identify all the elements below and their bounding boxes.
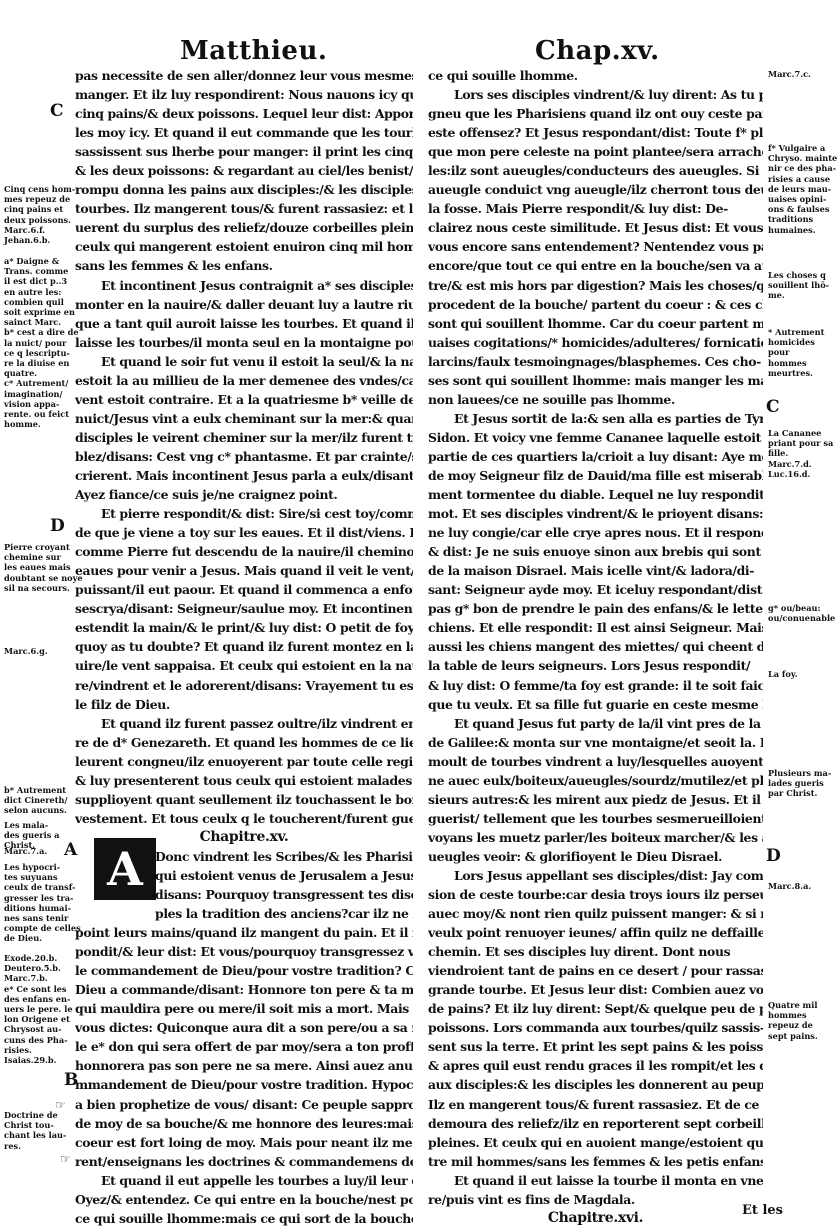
- margin-note: f* Vulgaire a Chryso. mainte nir ce des …: [768, 143, 837, 235]
- text-line: & dist: Je ne suis enuoye sinon aux breb…: [428, 542, 763, 561]
- text-line: comme Pierre fut descendu de la nauire/i…: [75, 542, 413, 561]
- text-line: pas necessite de sen aller/donnez leur v…: [75, 66, 413, 85]
- text-line: Et pierre respondit/& dist: Sire/si cest…: [75, 504, 413, 523]
- text-line: poissons. Lors commanda aux tourbes/quil…: [428, 1018, 763, 1037]
- text-line: sant: Seigneur ayde moy. Et iceluy respo…: [428, 580, 763, 599]
- right-text-column: ce qui souille lhomme.Lors ses disciples…: [428, 66, 763, 1228]
- margin-note: Exode.20.b. Deutero.5.b. Marc.7.b. e* Ce…: [4, 953, 73, 1065]
- text-line: demoura des reliefz/ilz en reporterent s…: [428, 1114, 763, 1133]
- text-line: Et quand ilz furent passez oultre/ilz vi…: [75, 714, 413, 733]
- margin-note: Quatre mil hommes repeuz de sept pains.: [768, 1000, 839, 1041]
- book-page: Matthieu. Chap.xv. pas necessite de sen …: [0, 0, 839, 1229]
- text-line: re de d* Genezareth. Et quand les hommes…: [75, 733, 413, 752]
- text-line: manger. Et ilz luy respondirent: Nous na…: [75, 85, 413, 104]
- text-line: le e* don qui sera offert de par moy/ser…: [75, 1037, 413, 1056]
- text-line: mot. Et ses disciples vindrent/& le prio…: [428, 504, 763, 523]
- text-line: pondit/& leur dist: Et vous/pourquoy tra…: [75, 942, 413, 961]
- text-line: tre mil hommes/sans les femmes & les pet…: [428, 1152, 763, 1171]
- text-line: & luy dist: O femme/ta foy est grande: i…: [428, 676, 763, 695]
- text-line: viendroient tant de pains en ce desert /…: [428, 961, 763, 980]
- running-head-right: Chap.xv.: [535, 36, 660, 66]
- text-line: chemin. Et ses disciples luy dirent. Don…: [428, 942, 763, 961]
- text-line: estoit la au millieu de la mer demenee d…: [75, 371, 413, 390]
- text-line: ment tormentee du diable. Lequel ne luy …: [428, 485, 763, 504]
- text-line: aueugle conduict vng aueugle/ilz cherron…: [428, 180, 763, 199]
- text-line: gneu que les Pharisiens quand ilz ont ou…: [428, 104, 763, 123]
- text-line: aux disciples:& les disciples les donner…: [428, 1075, 763, 1094]
- text-line: la table de leurs seigneurs. Lors Jesus …: [428, 656, 763, 675]
- text-line: ses sont qui souillent lhomme: mais mang…: [428, 371, 763, 390]
- text-line: veulx point renuoyer ieunes/ affin quilz…: [428, 923, 763, 942]
- text-line: ce qui souille lhomme:mais ce qui sort d…: [75, 1209, 413, 1228]
- text-line: de pains? Et ilz luy dirent: Sept/& quel…: [428, 999, 763, 1018]
- text-line: Lors ses disciples vindrent/& luy dirent…: [428, 85, 763, 104]
- margin-note: * Autrement homicides pour hommes meurtr…: [768, 327, 839, 378]
- text-line: procedent de la bouche/ partent du coeur…: [428, 295, 763, 314]
- text-line: este offensez? Et Jesus respondant/dist:…: [428, 123, 763, 142]
- text-line: & apres quil eust rendu graces il les ro…: [428, 1056, 763, 1075]
- text-line: partie de ces quartiers la/crioit a luy …: [428, 447, 763, 466]
- text-line: disciples le veirent cheminer sur la mer…: [75, 428, 413, 447]
- margin-note: g* ou/beau: ou/conuenable: [768, 603, 835, 623]
- text-line: de moy Seigneur filz de Dauid/ma fille e…: [428, 466, 763, 485]
- text-line: que mon pere celeste na point plantee/se…: [428, 142, 763, 161]
- text-line: laisse les tourbes/il monta seul en la m…: [75, 333, 413, 352]
- text-line: auec moy/& nont rien quilz puissent mang…: [428, 904, 763, 923]
- margin-note: Les hypocri- tes suyuans ceulx de transf…: [4, 862, 81, 944]
- text-line: de moy de sa bouche/& me honnore des leu…: [75, 1114, 413, 1133]
- text-line: chiens. Et elle respondit: Il est ainsi …: [428, 618, 763, 637]
- text-line: sion de ceste tourbe:car desia troys iou…: [428, 885, 763, 904]
- margin-note: Cinq cens hom- mes repeuz de cinq pains …: [4, 184, 75, 245]
- text-line: Ilz en mangerent tous/& furent rassasiez…: [428, 1095, 763, 1114]
- text-line: Et Jesus sortit de la:& sen alla es part…: [428, 409, 763, 428]
- section-marker-letter: C: [50, 101, 64, 121]
- text-line: uire/le vent sappaisa. Et ceulx qui esto…: [75, 656, 413, 675]
- text-line: ueugles veoir: & glorifioyent le Dieu Di…: [428, 847, 763, 866]
- text-line: & les deux poissons: & regardant au ciel…: [75, 161, 413, 180]
- text-line: puissant/il eut paour. Et quand il comme…: [75, 580, 413, 599]
- text-line: re/puis vint es fins de Magdala.: [428, 1190, 763, 1209]
- text-line: sassissent sus lherbe pour manger: il pr…: [75, 142, 413, 161]
- text-line: uaises cogitations/* homicides/adulteres…: [428, 333, 763, 352]
- text-line: Et quand il eut laisse la tourbe il mont…: [428, 1171, 763, 1190]
- running-head-left: Matthieu.: [180, 36, 327, 66]
- text-line: tre/& est mis hors par digestion? Mais l…: [428, 276, 763, 295]
- text-line: ne auec eulx/boiteux/aueugles/sourdz/mut…: [428, 771, 763, 790]
- text-line: non lauees/ce ne souille pas lhomme.: [428, 390, 763, 409]
- text-line: sans les femmes & les enfans.: [75, 256, 413, 275]
- text-line: tourbes. Ilz mangerent tous/& furent ras…: [75, 199, 413, 218]
- margin-note: b* Autrement dict Cinereth/ selon aucuns…: [4, 785, 68, 816]
- text-line: Et incontinent Jesus contraignit a* ses …: [75, 276, 413, 295]
- margin-note: Doctrine de Christ tou- chant les lau- r…: [4, 1110, 66, 1151]
- text-line: pleines. Et ceulx qui en auoient mange/e…: [428, 1133, 763, 1152]
- text-line: crierent. Mais incontinent Jesus parla a…: [75, 466, 413, 485]
- text-line: sieurs autres:& les mirent aux piedz de …: [428, 790, 763, 809]
- text-line: point leurs mains/quand ilz mangent du p…: [75, 923, 413, 942]
- text-line: rent/enseignans les doctrines & commande…: [75, 1152, 413, 1171]
- margin-note: Pierre croyant chemine sur les eaues mai…: [4, 542, 83, 593]
- text-line: Dieu a commande/disant: Honnore ton pere…: [75, 980, 413, 999]
- text-line: qui mauldira pere ou mere/il soit mis a …: [75, 999, 413, 1018]
- text-line: moult de tourbes vindrent a luy/lesquell…: [428, 752, 763, 771]
- text-line: de la maison Disrael. Mais icelle vint/&…: [428, 561, 763, 580]
- text-line: Sidon. Et voicy vne femme Cananee laquel…: [428, 428, 763, 447]
- text-line: ce qui souille lhomme.: [428, 66, 763, 85]
- text-line: les:ilz sont aueugles/conducteurs des au…: [428, 161, 763, 180]
- text-line: guerist/ tellement que les tourbes sesme…: [428, 809, 763, 828]
- left-text-column: pas necessite de sen aller/donnez leur v…: [75, 66, 413, 1228]
- text-line: ne luy congie/car elle crye apres nous. …: [428, 523, 763, 542]
- text-line: Et quand le soir fut venu il estoit la s…: [75, 352, 413, 371]
- section-marker-letter: C: [766, 397, 780, 417]
- text-line: sent sus la terre. Et print les sept pai…: [428, 1037, 763, 1056]
- text-line: eaues pour venir a Jesus. Mais quand il …: [75, 561, 413, 580]
- text-line: que tu veulx. Et sa fille fut guarie en …: [428, 695, 763, 714]
- initial-letter-glyph: A: [107, 846, 143, 892]
- text-line: uerent du surplus des reliefz/douze corb…: [75, 218, 413, 237]
- text-line: sont qui souillent lhomme. Car du coeur …: [428, 314, 763, 333]
- margin-note: La Cananee priant pour sa fille. Marc.7.…: [768, 428, 833, 479]
- text-line: estendit la main/& le print/& luy dist: …: [75, 618, 413, 637]
- text-line: quoy as tu doubte? Et quand ilz furent m…: [75, 637, 413, 656]
- manicule-pointing-hand-icon: ☞: [60, 1152, 71, 1166]
- margin-note: Marc.6.g.: [4, 646, 48, 656]
- margin-note: a* Daigne & Trans. comme il est dict p..…: [4, 256, 79, 429]
- text-line: cinq pains/& deux poissons. Lequel leur …: [75, 104, 413, 123]
- text-line: ples la tradition des anciens?car ilz ne…: [75, 904, 413, 923]
- text-line: Oyez/& entendez. Ce qui entre en la bouc…: [75, 1190, 413, 1209]
- margin-note: Plusieurs ma- lades gueris par Christ.: [768, 768, 831, 799]
- text-line: vous dictes: Quiconque aura dit a son pe…: [75, 1018, 413, 1037]
- margin-note: Marc.7.a.: [4, 846, 47, 856]
- text-line: pas g* bon de prendre le pain des enfans…: [428, 599, 763, 618]
- margin-note: Marc.8.a.: [768, 881, 811, 891]
- text-line: sescrya/disant: Seigneur/saulue moy. Et …: [75, 599, 413, 618]
- section-marker-letter: B: [64, 1070, 78, 1090]
- text-line: voyans les muetz parler/les boiteux marc…: [428, 828, 763, 847]
- margin-note: La foy.: [768, 669, 798, 679]
- text-line: grande tourbe. Et Jesus leur dist: Combi…: [428, 980, 763, 999]
- text-line: coeur est fort loing de moy. Mais pour n…: [75, 1133, 413, 1152]
- section-marker-letter: A: [64, 840, 77, 860]
- text-line: les moy icy. Et quand il eut commande qu…: [75, 123, 413, 142]
- catchword: Et les: [742, 1203, 783, 1218]
- text-line: vous encore sans entendement? Nentendez …: [428, 237, 763, 256]
- text-line: supplioyent quant seullement ilz touchas…: [75, 790, 413, 809]
- text-line: monter en la nauire/& daller deuant luy …: [75, 295, 413, 314]
- text-line: que a tant quil auroit laisse les tourbe…: [75, 314, 413, 333]
- chapter-heading: Chapitre.xvi.: [428, 1209, 763, 1228]
- text-line: honnorera pas son pere ne sa mere. Ainsi…: [75, 1056, 413, 1075]
- text-line: nuict/Jesus vint a eulx cheminant sur la…: [75, 409, 413, 428]
- text-line: ceulx qui mangerent estoient enuiron cin…: [75, 237, 413, 256]
- decorated-initial-letter: A: [94, 838, 156, 900]
- text-line: larcins/faulx tesmoingnages/blasphemes. …: [428, 352, 763, 371]
- text-line: le filz de Dieu.: [75, 695, 413, 714]
- text-line: de Galilee:& monta sur vne montaigne/et …: [428, 733, 763, 752]
- text-line: Ayez fiance/ce suis je/ne craignez point…: [75, 485, 413, 504]
- text-line: & luy presenterent tous ceulx qui estoie…: [75, 771, 413, 790]
- text-line: rompu donna les pains aux disciples:/& l…: [75, 180, 413, 199]
- text-line: blez/disans: Cest vng c* phantasme. Et p…: [75, 447, 413, 466]
- text-line: vestement. Et tous ceulx q le toucherent…: [75, 809, 413, 828]
- text-line: mmandement de Dieu/pour vostre tradition…: [75, 1075, 413, 1094]
- text-line: Et quand il eut appelle les tourbes a lu…: [75, 1171, 413, 1190]
- section-marker-letter: D: [50, 516, 65, 536]
- text-line: clairez nous ceste similitude. Et Jesus …: [428, 218, 763, 237]
- text-line: la fosse. Mais Pierre respondit/& luy di…: [428, 199, 763, 218]
- text-line: re/vindrent et le adorerent/disans: Vray…: [75, 676, 413, 695]
- text-line: le commandement de Dieu/pour vostre trad…: [75, 961, 413, 980]
- section-marker-letter: D: [766, 846, 781, 866]
- text-line: Et quand Jesus fut party de la/il vint p…: [428, 714, 763, 733]
- text-line: Lors Jesus appellant ses disciples/dist:…: [428, 866, 763, 885]
- text-line: encore/que tout ce qui entre en la bouch…: [428, 256, 763, 275]
- text-line: aussi les chiens mangent des miettes/ qu…: [428, 637, 763, 656]
- margin-note: Marc.7.c.: [768, 69, 811, 79]
- text-line: a bien prophetize de vous/ disant: Ce pe…: [75, 1095, 413, 1114]
- margin-note: Les choses q souillent lhō- me.: [768, 270, 829, 301]
- text-line: vent estoit contraire. Et a la quatriesm…: [75, 390, 413, 409]
- text-line: de que je viene a toy sur les eaues. Et …: [75, 523, 413, 542]
- text-line: leurent congneu/ilz enuoyerent par toute…: [75, 752, 413, 771]
